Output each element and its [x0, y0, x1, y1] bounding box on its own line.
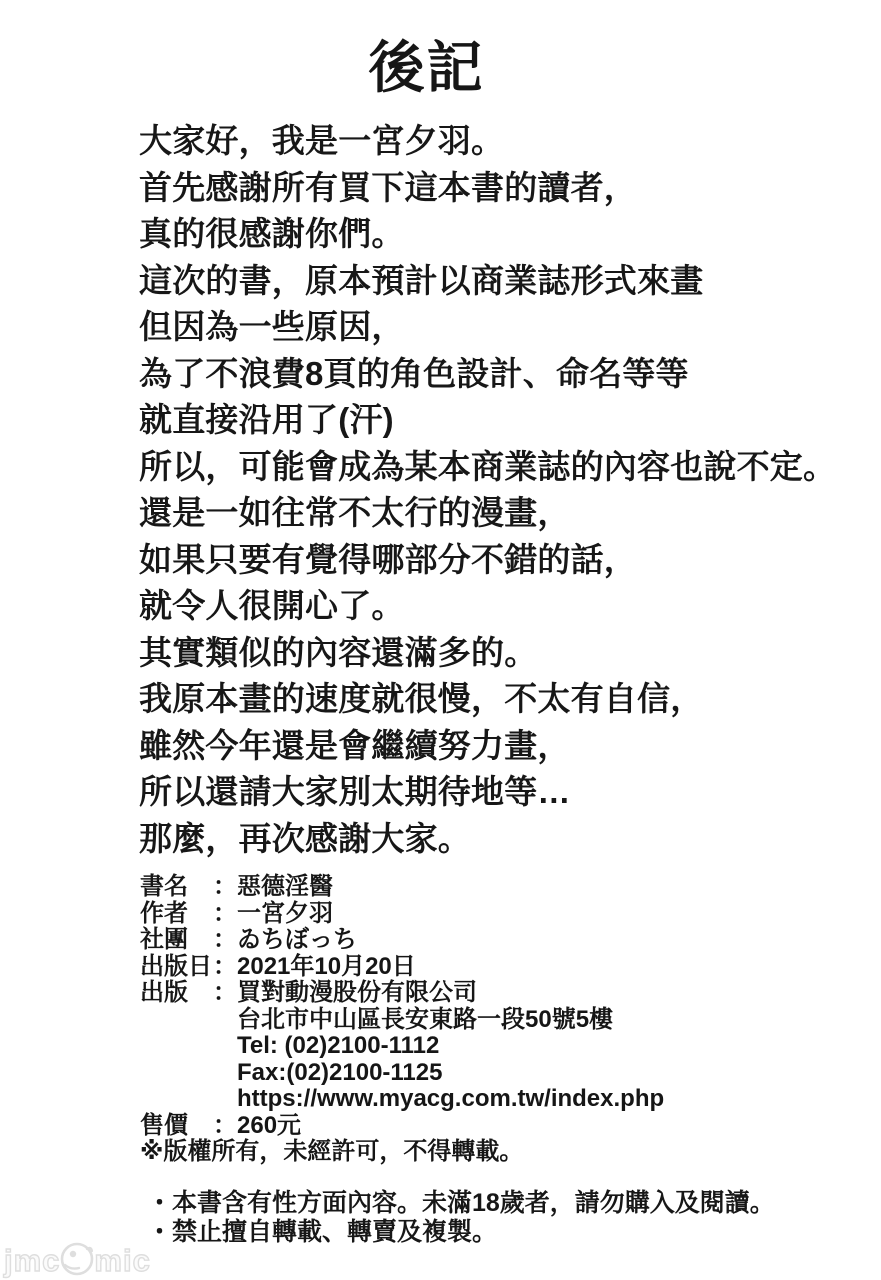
colophon-colon: ：: [213, 927, 237, 954]
body-line: 其實類似的內容還滿多的。: [139, 630, 871, 677]
colophon-row: 社團 ： ゐちぼっち: [140, 927, 871, 954]
colophon-label: 作者: [140, 901, 213, 928]
colophon-value: 買對動漫股份有限公司: [237, 980, 477, 1007]
publisher-telephone: Tel: (02)2100-1112: [140, 1033, 871, 1060]
jmcomic-watermark: jmc mic: [4, 1241, 151, 1280]
body-line: 我原本畫的速度就很慢，不太有自信，: [139, 676, 871, 723]
publisher-address: 台北市中山區長安東路一段50號5樓: [140, 1007, 871, 1034]
publisher-url: https://www.myacg.com.tw/index.php: [140, 1086, 871, 1113]
body-line: 這次的書，原本預計以商業誌形式來畫: [139, 258, 871, 305]
body-line: 為了不浪費8頁的角色設計、命名等等: [139, 351, 871, 398]
body-line: 但因為一些原因，: [139, 304, 871, 351]
notice-line: ・本書含有性方面內容。未滿18歲者，請勿購入及閱讀。: [147, 1189, 871, 1218]
publisher-fax: Fax:(02)2100-1125: [140, 1060, 871, 1087]
body-line: 大家好，我是一宮夕羽。: [139, 118, 871, 165]
warning-notices: ・本書含有性方面內容。未滿18歲者，請勿購入及閱讀。 ・禁止擅自轉載、轉賣及複製…: [147, 1189, 871, 1246]
watermark-text-left: jmc: [4, 1244, 60, 1278]
notice-line: ・禁止擅自轉載、轉賣及複製。: [147, 1218, 871, 1247]
body-line: 就令人很開心了。: [139, 583, 871, 630]
watermark-text-right: mic: [94, 1244, 150, 1278]
colophon-colon: ：: [213, 874, 237, 901]
copyright-notice: ※版權所有，未經許可，不得轉載。: [140, 1139, 871, 1166]
body-line: 那麼，再次感謝大家。: [139, 816, 871, 863]
colophon-colon: ：: [213, 954, 237, 981]
colophon-colon: ：: [213, 980, 237, 1007]
body-line: 真的很感謝你們。: [139, 211, 871, 258]
price-value: 260元: [237, 1113, 301, 1140]
colophon-colon: ：: [213, 901, 237, 928]
afterword-page: 後記 大家好，我是一宮夕羽。 首先感謝所有買下這本書的讀者， 真的很感謝你們。 …: [0, 0, 881, 1280]
body-line: 雖然今年還是會繼續努力畫，: [139, 723, 871, 770]
colophon-row: 出版 ： 買對動漫股份有限公司: [140, 980, 871, 1007]
colophon-value: 一宮夕羽: [237, 901, 333, 928]
body-line: 還是一如往常不太行的漫畫，: [139, 490, 871, 537]
colophon-value: ゐちぼっち: [237, 927, 357, 954]
colophon-label: 書名: [140, 874, 213, 901]
colophon-value: 惡德淫醫: [237, 874, 333, 901]
body-line: 如果只要有覺得哪部分不錯的話，: [139, 537, 871, 584]
price-row: 售價 ： 260元: [140, 1113, 871, 1140]
colophon-label: 社團: [140, 927, 213, 954]
colophon-label: 出版: [140, 980, 213, 1007]
price-label: 售價: [140, 1113, 213, 1140]
colophon-colon: ：: [213, 1113, 237, 1140]
colophon-value: 2021年10月20日: [237, 954, 416, 981]
colophon-label: 出版日: [140, 954, 213, 981]
colophon-row: 作者 ： 一宮夕羽: [140, 901, 871, 928]
page-title: 後記: [0, 24, 853, 104]
fish-logo-icon: [59, 1241, 95, 1277]
afterword-body: 大家好，我是一宮夕羽。 首先感謝所有買下這本書的讀者， 真的很感謝你們。 這次的…: [139, 118, 871, 862]
colophon-row: 書名 ： 惡德淫醫: [140, 874, 871, 901]
colophon: 書名 ： 惡德淫醫 作者 ： 一宮夕羽 社團 ： ゐちぼっち 出版日 ： 202…: [140, 874, 871, 1166]
body-line: 所以還請大家別太期待地等…: [139, 769, 871, 816]
body-line: 所以，可能會成為某本商業誌的內容也說不定。: [139, 444, 871, 491]
body-line: 首先感謝所有買下這本書的讀者，: [139, 165, 871, 212]
body-line: 就直接沿用了(汗): [139, 397, 871, 444]
colophon-row: 出版日 ： 2021年10月20日: [140, 954, 871, 981]
